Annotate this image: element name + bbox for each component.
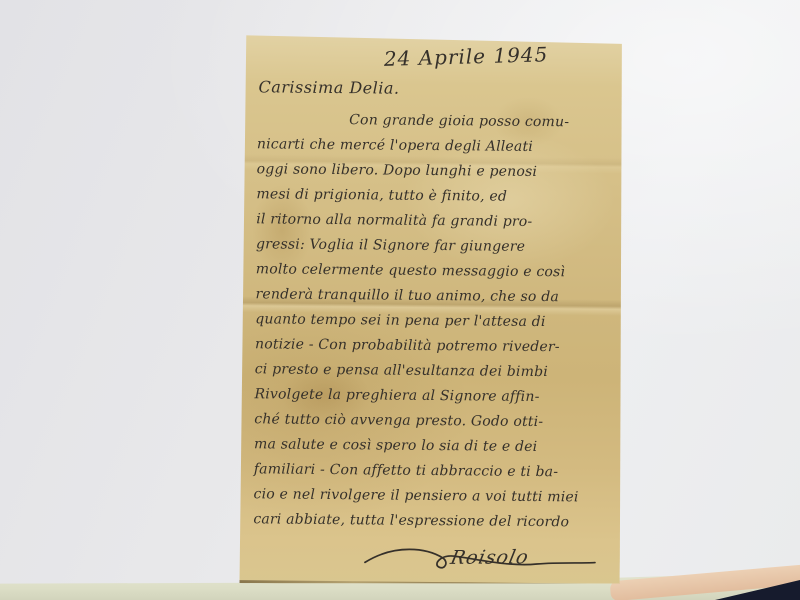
handwritten-letter: 24 Aprile 1945 Carissima Delia. Con gran… <box>239 34 625 587</box>
handwriting-line: ma salute e così spero lo sia di te e de… <box>254 432 610 460</box>
letter-date: 24 Aprile 1945 <box>384 40 615 71</box>
handwriting-line: gressi: Voglia il Signore far giungere <box>256 232 612 260</box>
handwriting-line: Con grande gioia posso comu- <box>257 107 613 135</box>
handwriting-line: mesi di prigionia, tutto è finito, ed <box>256 182 612 210</box>
handwriting-line: renderà tranquillo il tuo animo, che so … <box>255 282 611 310</box>
handwriting-line: nicarti che mercé l'opera degli Alleati <box>257 132 613 160</box>
handwriting-line: quanto tempo sei in pena per l'attesa di <box>255 307 611 335</box>
handwriting-line: il ritorno alla normalità fa grandi pro- <box>256 207 612 235</box>
handwriting-line: familiari - Con affetto ti abbraccio e t… <box>254 457 610 485</box>
handwriting-line: molto celermente questo messaggio e così <box>256 257 612 285</box>
handwriting-line: cio e nel rivolgere il pensiero a voi tu… <box>253 482 609 510</box>
handwriting-line: cari abbiate, tutta l'espressione del ri… <box>253 507 609 535</box>
handwriting-line: oggi sono libero. Dopo lunghi e penosi <box>257 157 613 185</box>
letter-signature: Roisolo <box>359 535 599 581</box>
letter-salutation: Carissima Delia. <box>258 77 399 97</box>
photo-of-letter: 24 Aprile 1945 Carissima Delia. Con gran… <box>0 0 800 600</box>
letter-body: Con grande gioia posso comu- nicarti che… <box>253 107 613 535</box>
handwriting-line: notizie - Con probabilità potremo rivede… <box>255 332 611 360</box>
handwriting-line: ci presto e pensa all'esultanza dei bimb… <box>255 357 611 385</box>
signature-name: Roisolo <box>449 546 531 569</box>
handwriting-line: ché tutto ciò avvenga presto. Godo otti- <box>254 407 610 435</box>
handwriting-line: Rivolgete la preghiera al Signore affin- <box>254 382 610 410</box>
